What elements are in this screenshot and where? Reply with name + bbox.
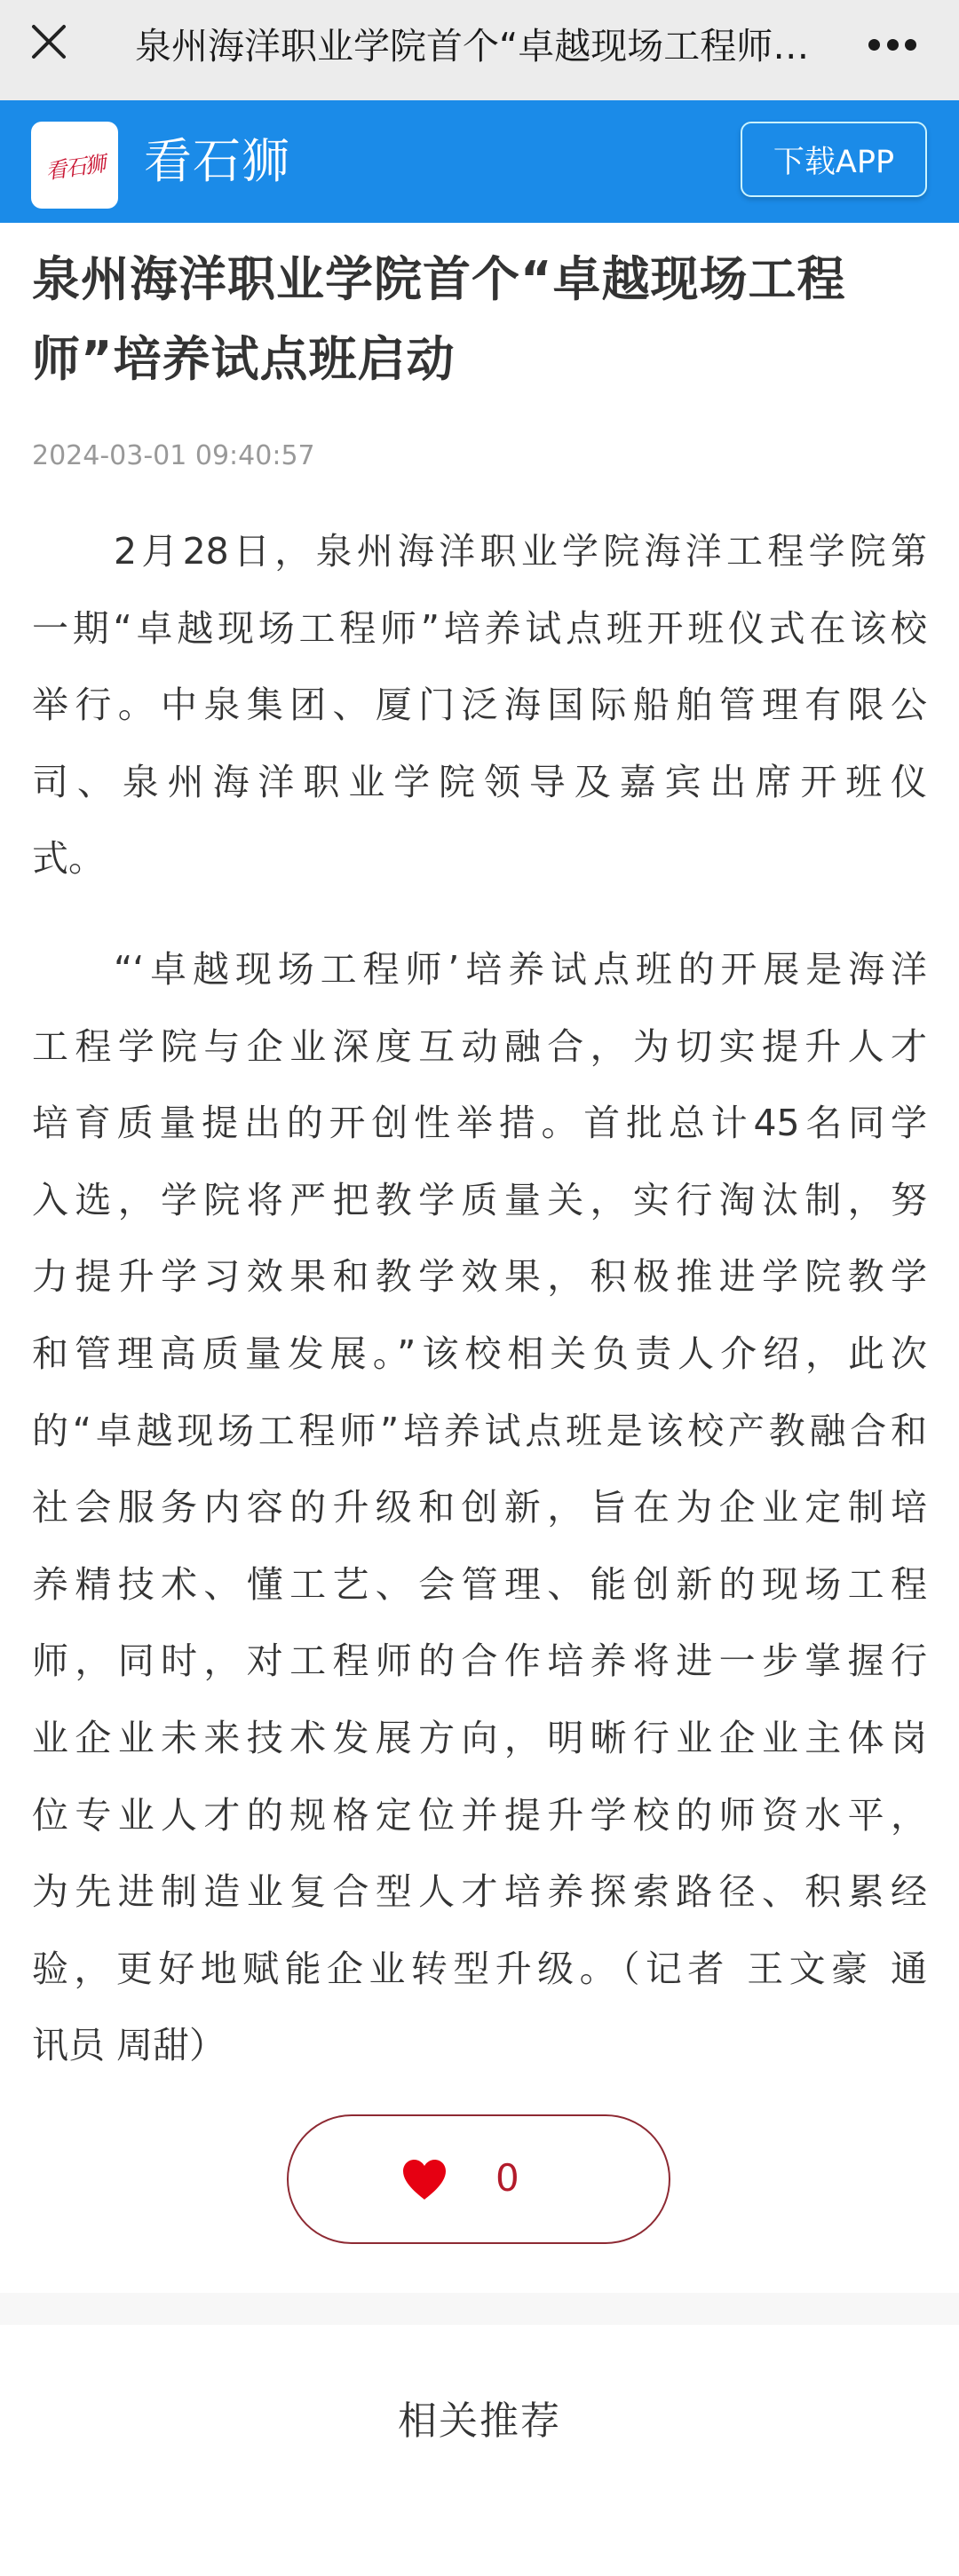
text-line: 举行。中泉集团、厦门泛海国际船舶管理有限公 (32, 667, 927, 744)
article-body: 2月28日，泉州海洋职业学院海洋工程学院第 一期“卓越现场工程师”培养试点班开班… (32, 513, 927, 2118)
more-horizontal-icon (868, 39, 880, 51)
text-line: 2月28日，泉州海洋职业学院海洋工程学院第 (32, 513, 927, 590)
text-line: “‘卓越现场工程师’培养试点班的开展是海洋 (32, 931, 927, 1008)
text-line: 一期“卓越现场工程师”培养试点班开班仪式在该校 (32, 590, 927, 668)
app-banner: 看石狮 看石狮 下载APP (0, 100, 959, 223)
text-line: 业企业未来技术发展方向，明晰行业企业主体岗 (32, 1700, 927, 1777)
logo-text: 看石狮 (44, 146, 106, 185)
text-line: 工程学院与企业深度互动融合，为切实提升人才 (32, 1008, 927, 1086)
text-line: 为先进制造业复合型人才培养探索路径、积累经 (32, 1853, 927, 1931)
text-line: 和管理高质量发展。”该校相关负责人介绍，此次 (32, 1316, 927, 1393)
related-recommendations-heading: 相关推荐 (0, 2395, 959, 2448)
app-name: 看石狮 (144, 134, 290, 189)
text-line: 讯员 周甜） (32, 2007, 927, 2084)
close-button[interactable] (27, 20, 71, 64)
app-logo: 看石狮 (31, 122, 118, 209)
top-nav-bar: 泉州海洋职业学院首个“卓越现场工程师”培养试点班启动 (0, 0, 959, 100)
heart-icon (400, 2157, 448, 2201)
text-line: 式。 (32, 820, 927, 897)
text-line: 位专业人才的规格定位并提升学校的师资水平， (32, 1777, 927, 1854)
article-title-line: 师”培养试点班启动 (32, 320, 927, 399)
text-line: 司、泉州海洋职业学院领导及嘉宾出席开班仪 (32, 744, 927, 821)
more-options-button[interactable] (861, 27, 923, 62)
more-horizontal-icon (905, 39, 916, 51)
like-button[interactable]: 0 (287, 2114, 670, 2244)
article-paragraph: 2月28日，泉州海洋职业学院海洋工程学院第 一期“卓越现场工程师”培养试点班开班… (32, 513, 927, 897)
text-line: 培育质量提出的开创性举措。首批总计45名同学 (32, 1085, 927, 1162)
text-line: 师，同时，对工程师的合作培养将进一步掌握行 (32, 1623, 927, 1700)
close-icon (27, 20, 71, 64)
section-divider (0, 2293, 959, 2325)
text-line: 养精技术、懂工艺、会管理、能创新的现场工程 (32, 1546, 927, 1624)
text-line: 力提升学习效果和教学效果，积极推进学院教学 (32, 1238, 927, 1316)
text-line: 社会服务内容的升级和创新，旨在为企业定制培 (32, 1469, 927, 1546)
page-title: 泉州海洋职业学院首个“卓越现场工程师”培养试点班启动 (135, 21, 810, 71)
text-line: 的“卓越现场工程师”培养试点班是该校产教融合和 (32, 1393, 927, 1470)
like-count: 0 (495, 2155, 519, 2201)
download-app-button[interactable]: 下载APP (741, 122, 927, 197)
more-horizontal-icon (887, 39, 899, 51)
article-paragraph: “‘卓越现场工程师’培养试点班的开展是海洋 工程学院与企业深度互动融合，为切实提… (32, 931, 927, 2084)
publish-timestamp: 2024-03-01 09:40:57 (32, 439, 315, 474)
text-line: 入选，学院将严把教学质量关，实行淘汰制，努 (32, 1162, 927, 1239)
article-title-line: 泉州海洋职业学院首个“卓越现场工程 (32, 240, 927, 320)
article-title: 泉州海洋职业学院首个“卓越现场工程 师”培养试点班启动 (32, 240, 927, 399)
text-line: 验，更好地赋能企业转型升级。（记者 王文豪 通 (32, 1931, 927, 2008)
